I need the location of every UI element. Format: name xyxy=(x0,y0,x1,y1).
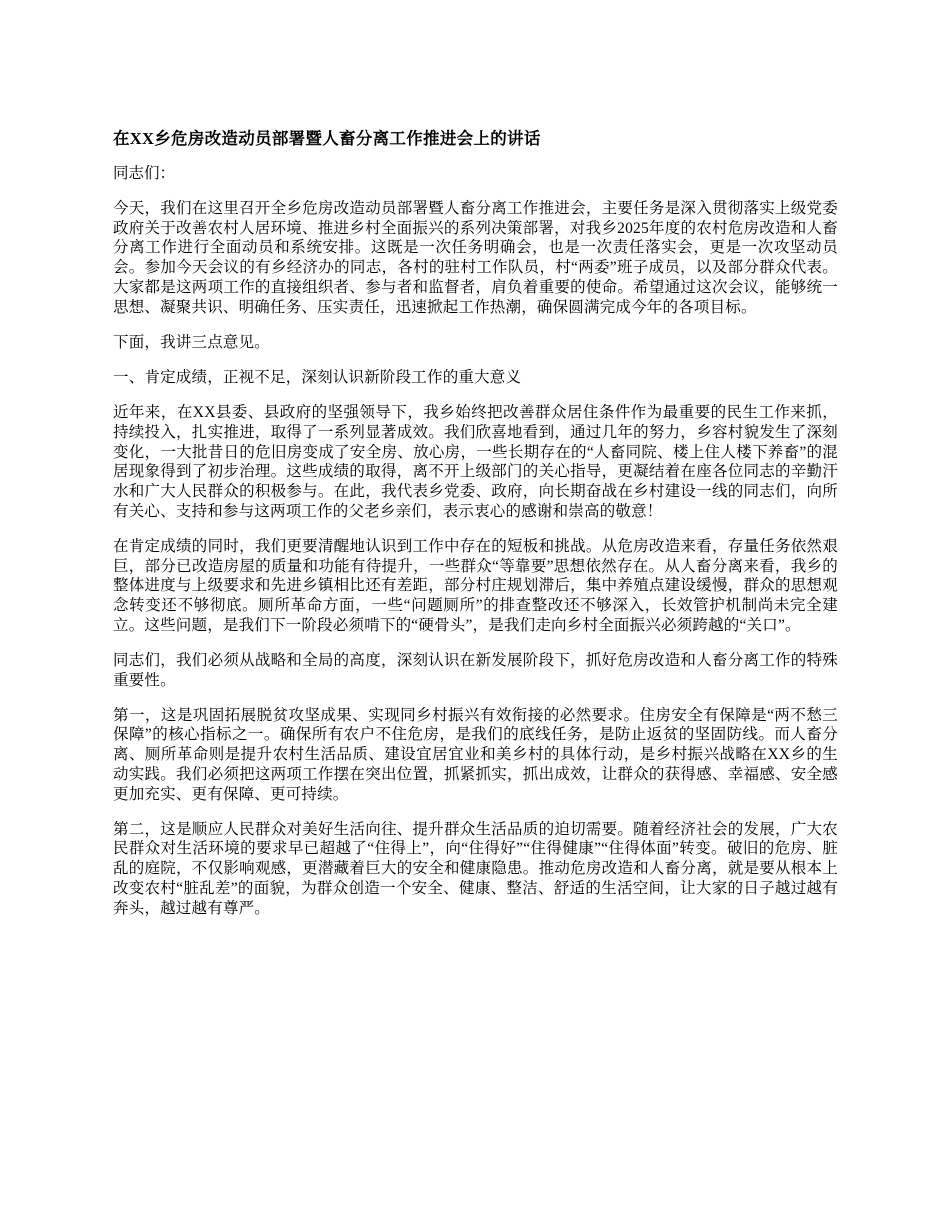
paragraph: 今天，我们在这里召开全乡危房改造动员部署暨人畜分离工作推进会，主要任务是深入贯彻… xyxy=(113,199,838,317)
section-heading: 一、肯定成绩，正视不足，深刻认识新阶段工作的重大意义 xyxy=(113,368,838,388)
paragraph: 同志们，我们必须从战略和全局的高度，深刻认识在新发展阶段下，抓好危房改造和人畜分… xyxy=(113,651,838,690)
paragraph: 在肯定成绩的同时，我们更要清醒地认识到工作中存在的短板和挑战。从危房改造来看，存… xyxy=(113,537,838,636)
document-page: 在XX乡危房改造动员部署暨人畜分离工作推进会上的讲话 同志们： 今天，我们在这里… xyxy=(0,0,950,1230)
paragraph: 第一，这是巩固拓展脱贫攻坚成果、实现同乡村振兴有效衔接的必然要求。住房安全有保障… xyxy=(113,706,838,805)
document-body: 今天，我们在这里召开全乡危房改造动员部署暨人畜分离工作推进会，主要任务是深入贯彻… xyxy=(113,199,838,918)
paragraph: 下面，我讲三点意见。 xyxy=(113,333,838,353)
paragraph: 近年来，在XX县委、县政府的坚强领导下，我乡始终把改善群众居住条件作为最重要的民… xyxy=(113,403,838,521)
paragraph: 第二，这是顺应人民群众对美好生活向往、提升群众生活品质的迫切需要。随着经济社会的… xyxy=(113,820,838,919)
salutation: 同志们： xyxy=(113,164,838,184)
document-title: 在XX乡危房改造动员部署暨人畜分离工作推进会上的讲话 xyxy=(113,128,838,149)
